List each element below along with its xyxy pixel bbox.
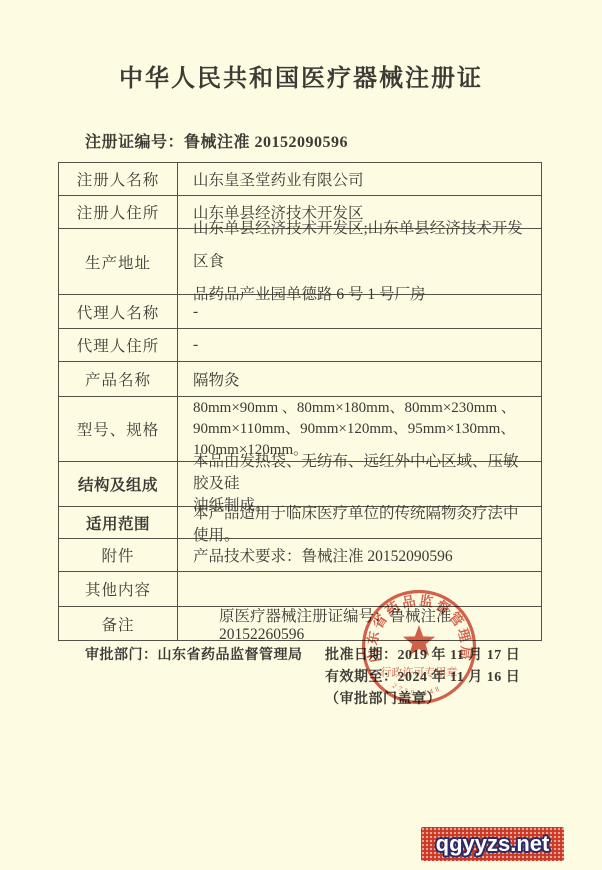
valid-until-date: 有效期至：2024 年 11 月 16 日 xyxy=(325,666,520,686)
table-row: 适用范围 本产品适用于临床医疗单位的传统隔物灸疗法中使用。 xyxy=(59,507,541,539)
row-value-line: 山东单县经济技术开发区;山东单县经济技术开发区食 xyxy=(193,212,533,278)
row-value: 山东皇圣堂药业有限公司 xyxy=(178,163,541,195)
row-label: 附件 xyxy=(59,539,178,571)
row-label: 代理人名称 xyxy=(59,295,178,328)
row-label: 型号、规格 xyxy=(59,397,178,461)
row-value-line: 80mm×90mm 、80mm×180mm、80mm×230mm 、 xyxy=(193,398,533,419)
table-row: 代理人名称 - xyxy=(59,295,541,329)
row-label: 代理人住所 xyxy=(59,329,178,361)
row-value-line: 90mm×110mm、90mm×120mm、95mm×130mm、 xyxy=(193,419,533,440)
row-value: 本产品适用于临床医疗单位的传统隔物灸疗法中使用。 xyxy=(178,507,541,538)
certificate-table: 注册人名称 山东皇圣堂药业有限公司 注册人住所 山东单县经济技术开发区 生产地址… xyxy=(58,162,542,641)
certificate-page: 中华人民共和国医疗器械注册证 注册证编号：鲁械注准 20152090596 注册… xyxy=(0,0,602,870)
table-row: 产品名称 隔物灸 xyxy=(59,362,541,397)
row-value: - xyxy=(178,329,541,361)
page-title: 中华人民共和国医疗器械注册证 xyxy=(0,58,602,93)
seal-note: （审批部门盖章） xyxy=(325,688,441,708)
approval-date: 批准日期：2019 年 11 月 17 日 xyxy=(325,644,520,664)
table-row: 备注 原医疗器械注册证编号：鲁械注准 20152260596 xyxy=(59,607,541,640)
row-value xyxy=(178,572,541,606)
row-value: 本品由发热袋、无纺布、远红外中心区域、压敏胶及硅 油纸制成。 xyxy=(178,462,541,506)
approval-department: 审批部门：山东省药品监督管理局 xyxy=(85,644,303,664)
row-value: 产品技术要求：鲁械注准 20152090596 xyxy=(178,539,541,571)
table-row: 代理人住所 - xyxy=(59,329,541,362)
row-label: 其他内容 xyxy=(59,572,178,606)
row-label: 生产地址 xyxy=(59,229,178,294)
table-row: 附件 产品技术要求：鲁械注准 20152090596 xyxy=(59,539,541,572)
row-label: 结构及组成 xyxy=(59,462,178,506)
table-row: 生产地址 山东单县经济技术开发区;山东单县经济技术开发区食 品药品产业园单德路 … xyxy=(59,229,541,295)
registration-number-value: 鲁械注准 20152090596 xyxy=(184,134,348,151)
table-row: 其他内容 xyxy=(59,572,541,607)
row-label: 产品名称 xyxy=(59,362,178,396)
row-value-line: 本品由发热袋、无纺布、远红外中心区域、压敏胶及硅 xyxy=(193,451,533,495)
row-label: 备注 xyxy=(59,607,178,640)
row-value: - xyxy=(178,295,541,328)
registration-number-label: 注册证编号： xyxy=(85,134,184,151)
row-value: 原医疗器械注册证编号：鲁械注准 20152260596 xyxy=(178,607,541,640)
site-watermark: qgyyzs.net xyxy=(421,827,564,861)
site-watermark-text: qgyyzs.net xyxy=(436,831,550,857)
row-label: 适用范围 xyxy=(59,507,178,538)
row-value: 隔物灸 xyxy=(178,362,541,396)
registration-number-line: 注册证编号：鲁械注准 20152090596 xyxy=(85,129,348,152)
row-label: 注册人住所 xyxy=(59,196,178,228)
row-label: 注册人名称 xyxy=(59,163,178,195)
table-row: 注册人名称 山东皇圣堂药业有限公司 xyxy=(59,163,541,196)
row-value: 山东单县经济技术开发区;山东单县经济技术开发区食 品药品产业园单德路 6 号 1… xyxy=(178,229,541,294)
